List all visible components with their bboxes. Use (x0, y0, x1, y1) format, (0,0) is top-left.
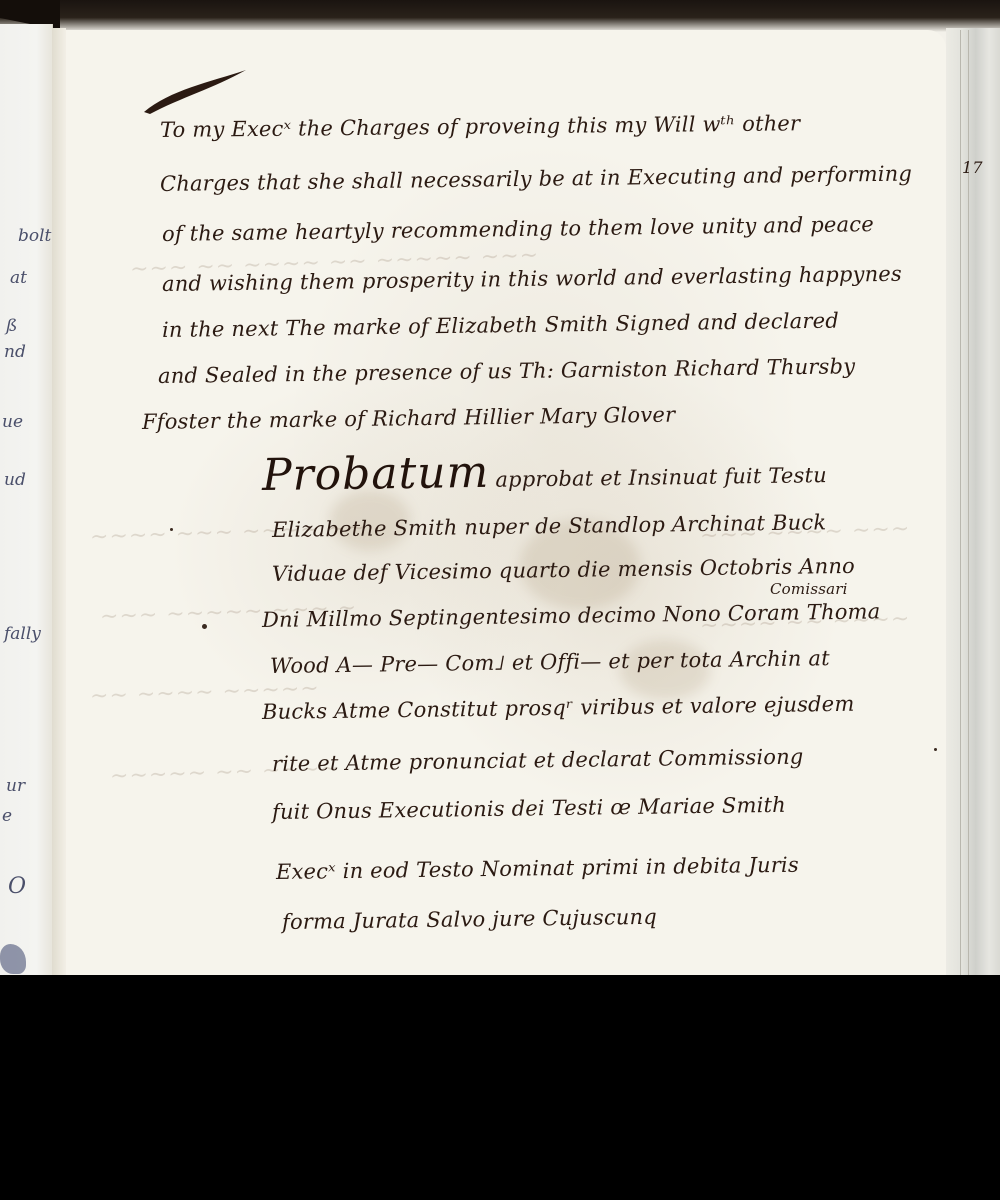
black-letterbox (0, 975, 1000, 1200)
ink-spot (202, 624, 207, 629)
left-fragment: at (10, 268, 27, 288)
left-fragment: ß (6, 316, 17, 336)
ink-spot (170, 528, 173, 531)
left-fragment: ur (6, 776, 25, 796)
probate-first-line: Probatumapprobat et Insinuat fuit Testu (262, 442, 828, 501)
ink-blot (0, 944, 26, 974)
initial-flourish (140, 68, 250, 116)
manuscript-photo: bolt at ß nd ue ud fally ur e O ~~~ ~~ ~… (0, 0, 1000, 975)
left-fragment: ue (2, 412, 23, 432)
left-fragment: fally (4, 624, 41, 644)
left-fragment: bolt (18, 226, 51, 246)
probatum-heading: Probatum (262, 447, 490, 501)
book-top-shadow (0, 0, 1000, 32)
left-fragment: e (2, 806, 12, 826)
interlinear-note: Comissari (770, 580, 848, 598)
left-fragment: nd (4, 342, 26, 362)
page-edge-line (960, 30, 961, 975)
left-fragment: O (8, 874, 26, 899)
margin-note: 17 (962, 158, 983, 177)
left-page-edge: bolt at ß nd ue ud fally ur e O (0, 24, 53, 975)
page-gutter (52, 28, 66, 975)
left-fragment: ud (4, 470, 26, 490)
ink-spot (934, 748, 937, 751)
probate-line: approbat et Insinuat fuit Testu (495, 463, 827, 492)
